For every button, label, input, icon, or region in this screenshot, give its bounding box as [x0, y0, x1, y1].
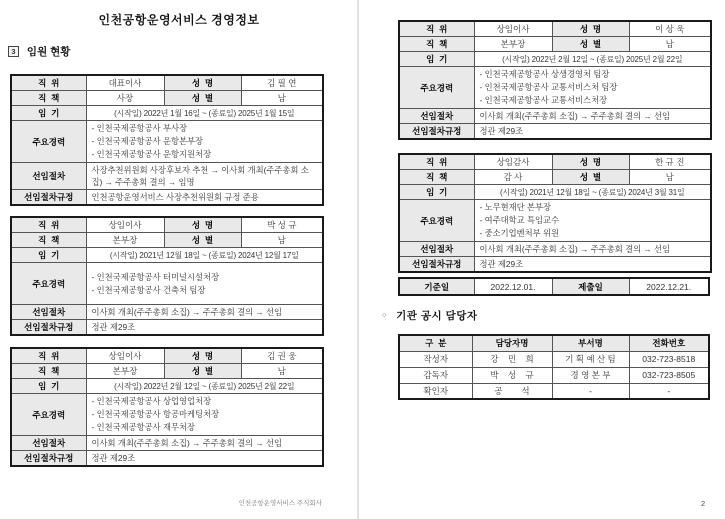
base-date-label-cell: 기준일: [399, 278, 474, 295]
name-value-cell: 김 권 웅: [241, 348, 323, 364]
career-label-cell: 주요경력: [11, 263, 86, 305]
career-item: - 인천국제공항공사 상업영업처장: [92, 395, 318, 408]
career-label-cell: 주요경력: [399, 200, 474, 242]
term-value-cell: (시작일) 2021년 12월 18일 ~ (종료일) 2024년 12월 17…: [86, 248, 323, 263]
term-label-cell: 임 기: [399, 52, 474, 67]
contact-cell: -: [552, 383, 629, 399]
footer-company-name: 인천공항운영서비스 주식회사: [180, 498, 322, 507]
title-label-cell: 직 책: [399, 37, 474, 52]
contact-section-heading: ○ 기관 공시 담당자: [382, 308, 478, 323]
executive-table-host-2: 직 위 상임이사 성 명 박 성 규 직 책 본부장 성 별 남 임 기 (시작…: [10, 216, 322, 336]
term-label-cell: 임 기: [11, 248, 86, 263]
base-date-value-cell: 2022.12.01.: [474, 278, 552, 295]
title-value-cell: 본부장: [86, 364, 164, 379]
executive-table-host-3: 직 위 상임이사 성 명 김 권 웅 직 책 본부장 성 별 남 임 기 (시작…: [10, 347, 322, 467]
career-item: - 인천국제공항공사 상생경영처 팀장: [480, 68, 706, 81]
contact-table-host: 구 분 담당자명 부서명 전화번호 작성자강 민 희기 획 예 산 팀032-7…: [398, 334, 708, 400]
page-number: 2: [701, 499, 705, 508]
gender-label-cell: 성 별: [164, 364, 241, 379]
career-item: - 인천국제공항공사 운항본부장: [92, 135, 318, 148]
career-item: - 인천국제공항공사 건축처 팀장: [92, 284, 318, 297]
career-item: - 여주대학교 특임교수: [480, 214, 706, 227]
regulation-label-cell: 선임절차규정: [11, 451, 86, 467]
regulation-label-cell: 선임절차규정: [11, 190, 86, 206]
position-value-cell: 상임감사: [474, 154, 552, 170]
career-label-cell: 주요경력: [11, 394, 86, 436]
regulation-value-cell: 정관 제29조: [86, 320, 323, 336]
executive-table: 직 위 상임이사 성 명 이 상 욱 직 책 본부장 성 별 남 임 기 (시작…: [398, 20, 712, 140]
position-value-cell: 상임이사: [86, 217, 164, 233]
contact-header-cell: 부서명: [552, 335, 629, 351]
regulation-value-cell: 정관 제29조: [474, 257, 711, 273]
gender-value-cell: 남: [629, 37, 711, 52]
contact-row: 작성자강 민 희기 획 예 산 팀032-723-8518: [399, 351, 709, 367]
basis-table-host: 기준일 2022.12.01. 제출일 2022.12.21.: [398, 277, 708, 296]
gender-value-cell: 남: [241, 233, 323, 248]
contact-row: 확인자공 석--: [399, 383, 709, 399]
executive-table-host-4: 직 위 상임이사 성 명 이 상 욱 직 책 본부장 성 별 남 임 기 (시작…: [398, 20, 708, 140]
career-value-cell: - 노무현재단 본부장- 여주대학교 특임교수- 중소기업벤처부 위원: [474, 200, 711, 242]
gender-label-cell: 성 별: [552, 170, 629, 185]
term-value-cell: (시작일) 2022년 2월 12일 ~ (종료일) 2025년 2월 22일: [474, 52, 711, 67]
term-label-cell: 임 기: [399, 185, 474, 200]
page-2: 직 위 상임이사 성 명 이 상 욱 직 책 본부장 성 별 남 임 기 (시작…: [363, 0, 725, 519]
gender-value-cell: 남: [241, 364, 323, 379]
executive-table-host-1: 직 위 대표이사 성 명 김 필 연 직 책 사장 성 별 남 임 기 (시작일…: [10, 74, 322, 206]
career-item: - 노무현재단 본부장: [480, 201, 706, 214]
contact-cell: -: [629, 383, 709, 399]
executive-table: 직 위 상임감사 성 명 한 규 진 직 책 감 사 성 별 남 임 기 (시작…: [398, 153, 712, 273]
executive-table: 직 위 대표이사 성 명 김 필 연 직 책 사장 성 별 남 임 기 (시작일…: [10, 74, 324, 206]
regulation-value-cell: 정관 제29조: [474, 124, 711, 140]
name-label-cell: 성 명: [164, 348, 241, 364]
contact-heading-label: 기관 공시 담당자: [396, 310, 477, 322]
procedure-label-cell: 선임절차: [399, 242, 474, 257]
contact-cell: 032-723-8518: [629, 351, 709, 367]
title-label-cell: 직 책: [399, 170, 474, 185]
term-value-cell: (시작일) 2022년 1월 16일 ~ (종료일) 2025년 1월 15일: [86, 106, 323, 121]
name-value-cell: 박 성 규: [241, 217, 323, 233]
career-list: - 인천국제공항공사 터미널시설처장- 인천국제공항공사 건축처 팀장: [92, 271, 318, 297]
executive-table-host-5: 직 위 상임감사 성 명 한 규 진 직 책 감 사 성 별 남 임 기 (시작…: [398, 153, 708, 273]
career-list: - 노무현재단 본부장- 여주대학교 특임교수- 중소기업벤처부 위원: [480, 201, 706, 240]
procedure-label-cell: 선임절차: [11, 163, 86, 190]
regulation-value-cell: 인천공항운영서비스 사장추천위원회 규정 준용: [86, 190, 323, 206]
gender-label-cell: 성 별: [164, 233, 241, 248]
term-label-cell: 임 기: [11, 379, 86, 394]
regulation-label-cell: 선임절차규정: [399, 124, 474, 140]
section-heading-label: 임원 현황: [27, 46, 71, 58]
regulation-label-cell: 선임절차규정: [399, 257, 474, 273]
contact-header-cell: 전화번호: [629, 335, 709, 351]
procedure-label-cell: 선임절차: [399, 109, 474, 124]
position-value-cell: 상임이사: [86, 348, 164, 364]
contact-header-cell: 구 분: [399, 335, 472, 351]
title-value-cell: 본부장: [474, 37, 552, 52]
contact-cell: 확인자: [399, 383, 472, 399]
contact-cell: 감독자: [399, 367, 472, 383]
procedure-value-cell: 이사회 개최(주주총회 소집) → 주주총회 결의 → 선임: [474, 242, 711, 257]
executive-table: 직 위 상임이사 성 명 김 권 웅 직 책 본부장 성 별 남 임 기 (시작…: [10, 347, 324, 467]
contact-cell: 강 민 희: [472, 351, 552, 367]
contact-cell: 032-723-8505: [629, 367, 709, 383]
contact-cell: 공 석: [472, 383, 552, 399]
term-value-cell: (시작일) 2022년 2월 12일 ~ (종료일) 2025년 2월 22일: [86, 379, 323, 394]
name-label-cell: 성 명: [552, 21, 629, 37]
title-label-cell: 직 책: [11, 364, 86, 379]
title-label-cell: 직 책: [11, 233, 86, 248]
submit-date-value-cell: 2022.12.21.: [629, 278, 709, 295]
career-item: - 인천국제공항공사 항공마케팅처장: [92, 408, 318, 421]
name-value-cell: 김 필 연: [241, 75, 323, 91]
career-list: - 인천국제공항공사 상생경영처 팀장- 인천국제공항공사 교통서비스처 팀장-…: [480, 68, 706, 107]
regulation-value-cell: 정관 제29조: [86, 451, 323, 467]
position-value-cell: 상임이사: [474, 21, 552, 37]
title-value-cell: 사장: [86, 91, 164, 106]
procedure-value-cell: 이사회 개최(주주총회 소집) → 주주총회 결의 → 선임: [474, 109, 711, 124]
career-value-cell: - 인천국제공항공사 상생경영처 팀장- 인천국제공항공사 교통서비스처 팀장-…: [474, 67, 711, 109]
executive-table: 직 위 상임이사 성 명 박 성 규 직 책 본부장 성 별 남 임 기 (시작…: [10, 216, 324, 336]
procedure-value-cell: 사장추천위원회 사장후보자 추천 → 이사회 개최(주주총회 소집) → 주주총…: [86, 163, 323, 190]
career-label-cell: 주요경력: [399, 67, 474, 109]
basis-table: 기준일 2022.12.01. 제출일 2022.12.21.: [398, 277, 710, 296]
name-label-cell: 성 명: [552, 154, 629, 170]
career-list: - 인천국제공항공사 상업영업처장- 인천국제공항공사 항공마케팅처장- 인천국…: [92, 395, 318, 434]
career-value-cell: - 인천국제공항공사 터미널시설처장- 인천국제공항공사 건축처 팀장: [86, 263, 323, 305]
procedure-value-cell: 이사회 개최(주주총회 소집) → 주주총회 결의 → 선임: [86, 305, 323, 320]
career-item: - 인천국제공항공사 터미널시설처장: [92, 271, 318, 284]
position-label-cell: 직 위: [11, 348, 86, 364]
gender-value-cell: 남: [241, 91, 323, 106]
name-label-cell: 성 명: [164, 75, 241, 91]
gender-value-cell: 남: [629, 170, 711, 185]
procedure-label-cell: 선임절차: [11, 436, 86, 451]
section-heading: 3 임원 현황: [8, 44, 70, 59]
career-label-cell: 주요경력: [11, 121, 86, 163]
term-value-cell: (시작일) 2021년 12월 18일 ~ (종료일) 2024년 3월 31일: [474, 185, 711, 200]
submit-date-label-cell: 제출일: [552, 278, 629, 295]
procedure-label-cell: 선임절차: [11, 305, 86, 320]
contact-row: 감독자박 성 규경 영 본 부032-723-8505: [399, 367, 709, 383]
page-divider: [357, 0, 359, 519]
position-label-cell: 직 위: [399, 21, 474, 37]
career-value-cell: - 인천국제공항공사 부사장- 인천국제공항공사 운항본부장- 인천국제공항공사…: [86, 121, 323, 163]
gender-label-cell: 성 별: [552, 37, 629, 52]
document-title: 인천공항운영서비스 경영정보: [0, 11, 358, 28]
career-list: - 인천국제공항공사 부사장- 인천국제공항공사 운항본부장- 인천국제공항공사…: [92, 122, 318, 161]
page-1: 인천공항운영서비스 경영정보 3 임원 현황 직 위 대표이사 성 명 김 필 …: [0, 0, 358, 519]
career-item: - 인천국제공항공사 재무처장: [92, 421, 318, 434]
career-item: - 인천국제공항공사 부사장: [92, 122, 318, 135]
contact-cell: 작성자: [399, 351, 472, 367]
circle-bullet-icon: ○: [382, 312, 387, 319]
contact-header-row: 구 분 담당자명 부서명 전화번호: [399, 335, 709, 351]
career-item: - 인천국제공항공사 교통서비스처 팀장: [480, 81, 706, 94]
gender-label-cell: 성 별: [164, 91, 241, 106]
contact-cell: 경 영 본 부: [552, 367, 629, 383]
name-label-cell: 성 명: [164, 217, 241, 233]
title-value-cell: 본부장: [86, 233, 164, 248]
position-label-cell: 직 위: [399, 154, 474, 170]
position-label-cell: 직 위: [11, 217, 86, 233]
regulation-label-cell: 선임절차규정: [11, 320, 86, 336]
section-number-box: 3: [8, 46, 19, 57]
career-item: - 중소기업벤처부 위원: [480, 227, 706, 240]
position-label-cell: 직 위: [11, 75, 86, 91]
contact-header-cell: 담당자명: [472, 335, 552, 351]
position-value-cell: 대표이사: [86, 75, 164, 91]
name-value-cell: 한 규 진: [629, 154, 711, 170]
career-item: - 인천국제공항공사 교통서비스처장: [480, 94, 706, 107]
term-label-cell: 임 기: [11, 106, 86, 121]
contact-cell: 박 성 규: [472, 367, 552, 383]
career-item: - 인천국제공항공사 운항지원처장: [92, 148, 318, 161]
procedure-value-cell: 이사회 개최(주주총회 소집) → 주주총회 결의 → 선임: [86, 436, 323, 451]
contact-table: 구 분 담당자명 부서명 전화번호 작성자강 민 희기 획 예 산 팀032-7…: [398, 334, 710, 400]
title-value-cell: 감 사: [474, 170, 552, 185]
contact-cell: 기 획 예 산 팀: [552, 351, 629, 367]
career-value-cell: - 인천국제공항공사 상업영업처장- 인천국제공항공사 항공마케팅처장- 인천국…: [86, 394, 323, 436]
title-label-cell: 직 책: [11, 91, 86, 106]
name-value-cell: 이 상 욱: [629, 21, 711, 37]
document-canvas: 인천공항운영서비스 경영정보 3 임원 현황 직 위 대표이사 성 명 김 필 …: [0, 0, 725, 519]
